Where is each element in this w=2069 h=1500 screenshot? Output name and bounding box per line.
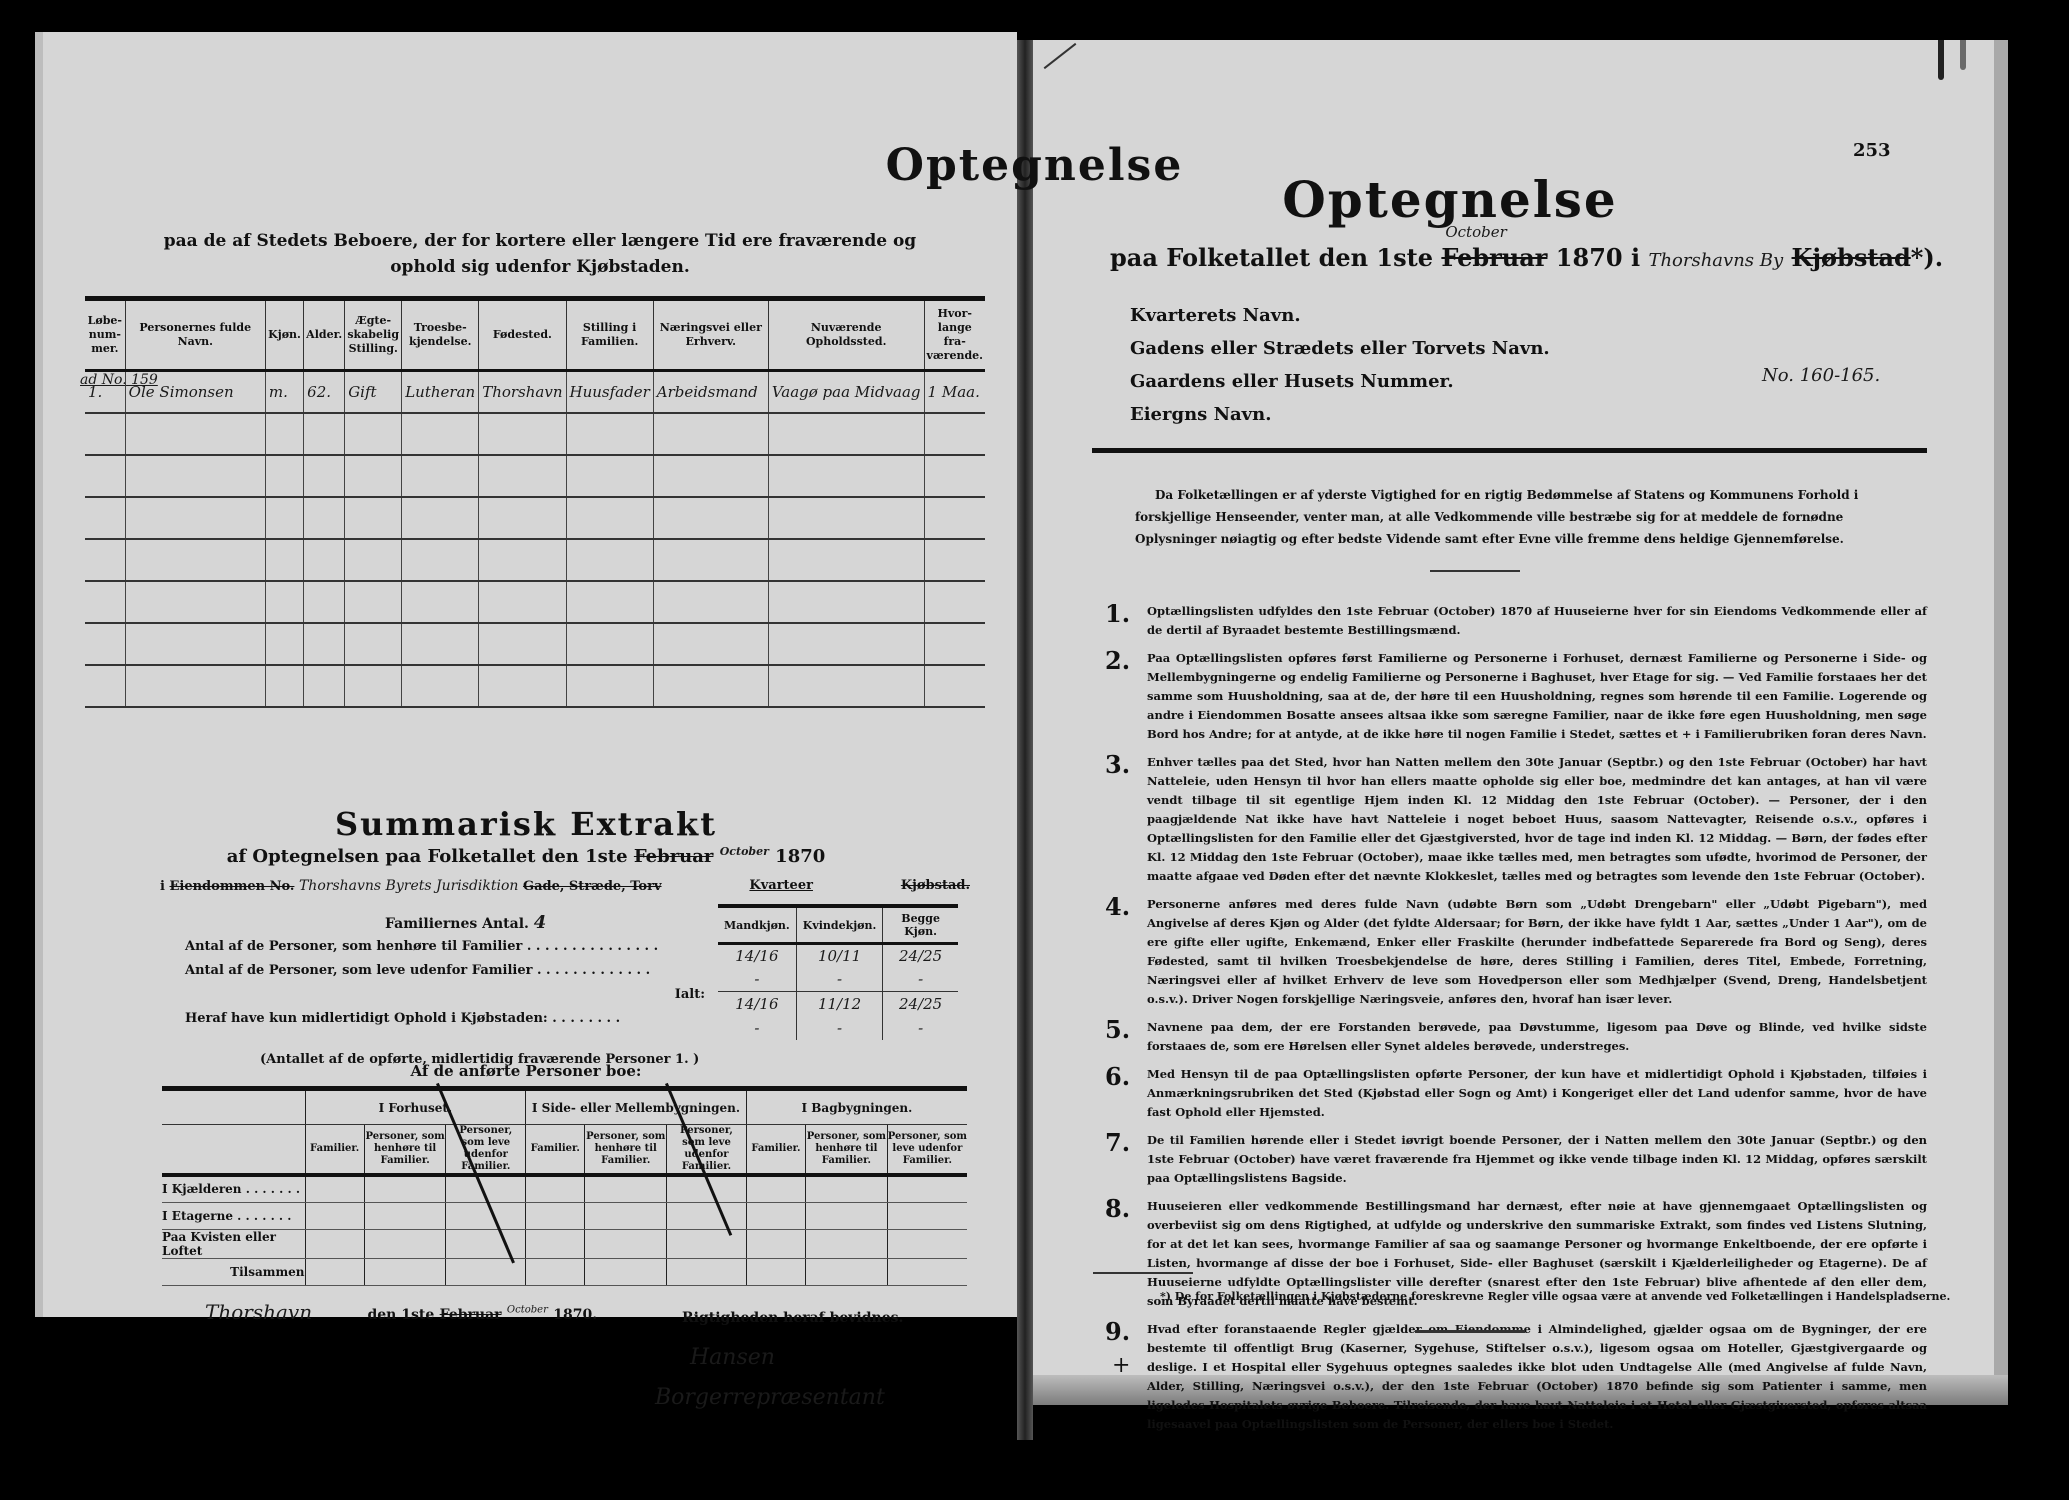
register-cell <box>265 623 303 665</box>
tally-row: 14/16 10/11 24/25 <box>718 944 958 968</box>
date-prefix: den 1ste <box>367 1307 434 1323</box>
field-eier: Eiergns Navn. <box>1130 404 1550 437</box>
extract-subtitle-prefix: af Optegnelsen paa Folketallet den 1ste <box>227 846 628 867</box>
instruction-text: Navnene paa dem, der ere Forstanden berø… <box>1147 1018 1927 1056</box>
divider-rule <box>1092 448 1927 453</box>
register-cell <box>566 413 653 455</box>
register-cell <box>125 581 265 623</box>
register-cell <box>85 455 125 497</box>
register-cell <box>768 413 924 455</box>
subtitle-suffix: *). <box>1911 243 1943 272</box>
dwelling-cell <box>585 1175 667 1202</box>
location-prefix: i <box>160 879 165 894</box>
register-cell <box>924 497 985 539</box>
col-header: Stilling i Familien. <box>566 299 653 371</box>
struck-gade: Gade, Stræde, Torv <box>523 879 662 894</box>
instruction-text: Optællingslisten udfyldes den 1ste Febru… <box>1147 602 1927 640</box>
register-cell <box>402 539 479 581</box>
dwelling-cell <box>446 1202 526 1229</box>
dwelling-row-label: Tilsammen <box>162 1258 305 1285</box>
group-header: I Side- eller Mellembygningen. <box>526 1089 747 1125</box>
tally-label: Antal af de Personer, som leve udenfor F… <box>185 959 705 983</box>
col-header: Løbe-num-mer. <box>85 299 125 371</box>
register-cell <box>265 497 303 539</box>
register-cell <box>265 455 303 497</box>
struck-month: Februar <box>440 1307 502 1323</box>
col-header: Troesbe-kjendelse. <box>402 299 479 371</box>
sub-header: Personer, som henhøre til Familier. <box>585 1125 667 1176</box>
register-cell <box>653 539 768 581</box>
register-cell <box>304 665 345 707</box>
col-header: Næringsvei eller Erhverv. <box>653 299 768 371</box>
dwelling-cell <box>585 1229 667 1258</box>
register-cell <box>402 413 479 455</box>
register-cell <box>125 413 265 455</box>
tally-cell: 10/11 <box>796 944 883 968</box>
col-header: Ægte-skabelig Stilling. <box>345 299 402 371</box>
extract-year: 1870 <box>775 846 825 867</box>
right-title: Optegnelse <box>1240 170 1660 229</box>
instruction-item: 7.De til Familien hørende eller i Stedet… <box>1105 1131 1927 1188</box>
sub-header: Personer, som leve udenfor Familier. <box>887 1125 967 1176</box>
dwelling-cell <box>746 1175 805 1202</box>
register-cell <box>304 623 345 665</box>
register-cell <box>653 497 768 539</box>
register-cell <box>479 413 566 455</box>
register-cell: Huusfader <box>566 371 653 413</box>
handwritten-location: Thorshavns Byrets Jurisdiktion <box>299 878 518 894</box>
register-cell <box>566 623 653 665</box>
sub-header: Personer, som henhøre til Familier. <box>364 1125 446 1176</box>
dwelling-cell <box>305 1258 364 1285</box>
field-gade: Gadens eller Strædets eller Torvets Navn… <box>1130 338 1550 371</box>
book-spine <box>1017 40 1033 1440</box>
register-row: 1.Ole Simonsenm.62.GiftLutheranThorshavn… <box>85 371 985 413</box>
register-cell <box>768 581 924 623</box>
dwelling-cell <box>667 1202 747 1229</box>
inserted-month: October <box>507 1304 548 1315</box>
short-divider <box>1430 570 1520 572</box>
register-cell <box>304 413 345 455</box>
register-cell: 1. <box>85 371 125 413</box>
register-cell <box>345 497 402 539</box>
footnote-divider <box>1093 1272 1193 1274</box>
register-cell <box>402 665 479 707</box>
col-header: Fødested. <box>479 299 566 371</box>
tally-cell: - <box>796 968 883 992</box>
margin-cross-mark: + <box>1112 1353 1130 1378</box>
page-number: 253 <box>1853 140 1891 161</box>
instruction-text: Enhver tælles paa det Sted, hvor han Nat… <box>1147 753 1927 886</box>
dwelling-cell <box>887 1202 967 1229</box>
dwelling-row: I Kjælderen . . . . . . . <box>162 1175 967 1202</box>
register-cell <box>125 497 265 539</box>
register-cell <box>125 455 265 497</box>
instruction-text: Personerne anføres med deres fulde Navn … <box>1147 895 1927 1009</box>
dwelling-cell <box>526 1229 585 1258</box>
register-row <box>85 539 985 581</box>
register-cell <box>768 665 924 707</box>
dwelling-cell <box>887 1229 967 1258</box>
tally-cell: - <box>883 968 958 992</box>
sub-header: Familier. <box>526 1125 585 1176</box>
signature-name: Hansen <box>690 1345 775 1370</box>
register-cell <box>304 539 345 581</box>
group-header: I Bagbygningen. <box>746 1089 967 1125</box>
register-cell <box>402 497 479 539</box>
dwelling-cell <box>887 1258 967 1285</box>
tally-label: Ialt: <box>185 983 705 1007</box>
register-cell <box>653 413 768 455</box>
dwelling-cell <box>746 1258 805 1285</box>
register-cell <box>85 665 125 707</box>
register-row <box>85 455 985 497</box>
instruction-item: 4.Personerne anføres med deres fulde Nav… <box>1105 895 1927 1009</box>
struck-kjobstad: Kjøbstad <box>1792 243 1911 272</box>
register-header-row: Løbe-num-mer. Personernes fulde Navn. Kj… <box>85 299 985 371</box>
register-cell <box>345 623 402 665</box>
register-cell <box>924 455 985 497</box>
register-cell <box>265 581 303 623</box>
signature-title: Borgerrepræsentant <box>655 1385 885 1410</box>
instructions-list: 1.Optællingslisten udfyldes den 1ste Feb… <box>1105 602 1927 1443</box>
struck-month: Februar <box>634 846 714 867</box>
dwelling-cell <box>305 1175 364 1202</box>
col-header: Hvor-lange fra-værende. <box>924 299 985 371</box>
dwelling-cell <box>806 1258 888 1285</box>
left-title: Optegnelse <box>0 140 2069 191</box>
dwelling-cell <box>746 1229 805 1258</box>
group-header: I Forhuset. <box>305 1089 526 1125</box>
dwelling-row: Paa Kvisten eller Loftet <box>162 1229 967 1258</box>
persons-heading: Af de anførte Personer boe: <box>35 1062 1017 1080</box>
place-handwritten: Thorshavn <box>205 1300 312 1324</box>
instruction-number: 8. <box>1105 1197 1147 1311</box>
families-label: Familiernes Antal. <box>385 916 529 932</box>
instruction-number: 7. <box>1105 1131 1147 1188</box>
register-cell <box>479 665 566 707</box>
field-kvarter: Kvarterets Navn. <box>1130 305 1550 338</box>
register-cell <box>768 497 924 539</box>
sub-header: Personer, som leve udenfor Familier. <box>667 1125 747 1176</box>
instruction-number: 4. <box>1105 895 1147 1009</box>
register-cell <box>85 539 125 581</box>
field-husnummer: Gaardens eller Husets Nummer. <box>1130 371 1550 404</box>
register-cell <box>265 413 303 455</box>
sub-header: Familier. <box>305 1125 364 1176</box>
register-cell <box>479 539 566 581</box>
dwelling-cell <box>526 1258 585 1285</box>
tally-labels: Antal af de Personer, som henhøre til Fa… <box>185 935 705 1031</box>
dwelling-cell <box>667 1258 747 1285</box>
instruction-number: 1. <box>1105 602 1147 640</box>
instruction-item: 3.Enhver tælles paa det Sted, hvor han N… <box>1105 753 1927 886</box>
register-cell <box>768 623 924 665</box>
instruction-item: 2.Paa Optællingslisten opføres først Fam… <box>1105 649 1927 744</box>
dwelling-cell <box>887 1175 967 1202</box>
tally-cell: - <box>883 1016 958 1040</box>
register-row <box>85 497 985 539</box>
dwelling-cell <box>806 1175 888 1202</box>
tally-header: Begge Kjøn. <box>883 906 958 944</box>
register-cell: Lutheran <box>402 371 479 413</box>
dwelling-row-label: I Etagerne . . . . . . . <box>162 1202 305 1229</box>
tally-row-total: 14/16 11/12 24/25 <box>718 992 958 1016</box>
dwelling-cell <box>585 1202 667 1229</box>
dwelling-cell <box>585 1258 667 1285</box>
register-cell: Arbeidsmand <box>653 371 768 413</box>
register-cell: m. <box>265 371 303 413</box>
tally-header: Mandkjøn. <box>718 906 796 944</box>
dwelling-row: I Etagerne . . . . . . . <box>162 1202 967 1229</box>
dwelling-cell <box>746 1202 805 1229</box>
register-cell <box>85 497 125 539</box>
tally-cell: 14/16 <box>718 944 796 968</box>
extract-location-line: i Eiendommen No. Thorshavns Byrets Juris… <box>160 878 1000 894</box>
tab-mark <box>1960 40 1966 70</box>
register-cell <box>85 623 125 665</box>
tally-cell: 14/16 <box>718 992 796 1016</box>
register-row <box>85 665 985 707</box>
instruction-number: 6. <box>1105 1065 1147 1122</box>
tally-cell: 11/12 <box>796 992 883 1016</box>
dwelling-corner <box>162 1089 305 1125</box>
certification-text: Rigtigheden heraf bevidnes. <box>682 1310 903 1326</box>
col-header: Alder. <box>304 299 345 371</box>
tally-cell: - <box>718 968 796 992</box>
register-cell <box>265 539 303 581</box>
dwelling-cell <box>806 1202 888 1229</box>
register-cell: Gift <box>345 371 402 413</box>
dwelling-cell <box>446 1229 526 1258</box>
tally-cell: 24/25 <box>883 992 958 1016</box>
register-cell <box>345 581 402 623</box>
dwelling-cell <box>526 1202 585 1229</box>
kvarteer-label: Kvarteer <box>749 878 813 894</box>
register-cell <box>768 539 924 581</box>
footnote: *) De for Folketællingen i Kjøbstæderne … <box>1160 1290 1950 1303</box>
register-cell <box>566 455 653 497</box>
register-cell <box>304 455 345 497</box>
register-cell <box>479 455 566 497</box>
struck-month: Februar <box>1441 243 1547 272</box>
register-cell <box>479 497 566 539</box>
register-cell <box>479 581 566 623</box>
struck-eiendom: Eiendommen No. <box>169 879 294 894</box>
register-cell <box>402 455 479 497</box>
col-header: Kjøn. <box>265 299 303 371</box>
place-date-line: Thorshavn den 1ste Februar October 1870. <box>205 1300 597 1324</box>
tally-header: Kvindekjøn. <box>796 906 883 944</box>
register-cell <box>924 581 985 623</box>
register-cell <box>566 581 653 623</box>
handwritten-town: Thorshavns By <box>1648 250 1783 271</box>
register-table: Løbe-num-mer. Personernes fulde Navn. Kj… <box>85 296 985 708</box>
register-cell <box>345 455 402 497</box>
register-row <box>85 413 985 455</box>
register-cell <box>402 581 479 623</box>
register-cell <box>566 665 653 707</box>
instruction-text: Paa Optællingslisten opføres først Famil… <box>1147 649 1927 744</box>
register-cell <box>345 539 402 581</box>
register-cell <box>304 497 345 539</box>
instruction-item: 5.Navnene paa dem, der ere Forstanden be… <box>1105 1018 1927 1056</box>
register-cell <box>85 413 125 455</box>
register-cell: Ole Simonsen <box>125 371 265 413</box>
left-subtitle: paa de af Stedets Beboere, der for korte… <box>130 228 950 280</box>
register-cell <box>653 665 768 707</box>
tally-label: Antal af de Personer, som henhøre til Fa… <box>185 935 705 959</box>
instruction-item: 9.Hvad efter foranstaaende Regler gjælde… <box>1105 1320 1927 1434</box>
tally-row: - - - <box>718 1016 958 1040</box>
register-cell <box>125 623 265 665</box>
instruction-text: Med Hensyn til de paa Optællingslisten o… <box>1147 1065 1927 1122</box>
tally-cell: - <box>718 1016 796 1040</box>
register-row <box>85 581 985 623</box>
tally-label: Heraf have kun midlertidigt Ophold i Kjø… <box>185 1007 705 1031</box>
instruction-text: Hvad efter foranstaaende Regler gjælder … <box>1147 1320 1927 1434</box>
register-cell <box>125 665 265 707</box>
register-cell <box>402 623 479 665</box>
tally-cell: 24/25 <box>883 944 958 968</box>
dwelling-row-label: I Kjælderen . . . . . . . <box>162 1175 305 1202</box>
right-subtitle: paa Folketallet den 1ste Februar October… <box>1110 243 1943 272</box>
sub-header: Personer, som henhøre til Familier. <box>806 1125 888 1176</box>
subtitle-year: 1870 i <box>1556 243 1640 272</box>
end-divider <box>1415 1330 1525 1333</box>
instruction-number: 3. <box>1105 753 1147 886</box>
register-cell <box>345 665 402 707</box>
extract-subtitle: af Optegnelsen paa Folketallet den 1ste … <box>35 845 1017 867</box>
col-header: Personernes fulde Navn. <box>125 299 265 371</box>
instruction-item: 6.Med Hensyn til de paa Optællingslisten… <box>1105 1065 1927 1122</box>
register-cell <box>653 581 768 623</box>
register-cell: 62. <box>304 371 345 413</box>
inserted-month: October <box>720 845 769 858</box>
dwelling-cell <box>364 1175 446 1202</box>
register-cell <box>924 539 985 581</box>
instruction-text: De til Familien hørende eller i Stedet i… <box>1147 1131 1927 1188</box>
instruction-number: 2. <box>1105 649 1147 744</box>
tally-cell: - <box>796 1016 883 1040</box>
register-cell <box>653 455 768 497</box>
register-cell: Thorshavn <box>479 371 566 413</box>
footer-year: 1870. <box>553 1307 597 1323</box>
register-cell <box>566 539 653 581</box>
tally-row: - - - <box>718 968 958 992</box>
register-cell <box>566 497 653 539</box>
sub-header: Familier. <box>746 1125 805 1176</box>
register-cell <box>924 665 985 707</box>
register-cell <box>653 623 768 665</box>
families-count: Familiernes Antal. 4 <box>385 912 546 933</box>
address-fields: Kvarterets Navn. Gadens eller Strædets e… <box>1130 305 1550 437</box>
intro-paragraph: Da Folketællingen er af yderste Vigtighe… <box>1135 484 1925 550</box>
register-row <box>85 623 985 665</box>
house-number-handwritten: No. 160-165. <box>1762 365 1880 386</box>
register-cell <box>768 455 924 497</box>
dwelling-cell <box>667 1229 747 1258</box>
dwelling-table: I Forhuset. I Side- eller Mellembygninge… <box>162 1086 967 1286</box>
dwelling-cell <box>305 1202 364 1229</box>
tally-table: Mandkjøn. Kvindekjøn. Begge Kjøn. 14/16 … <box>718 904 958 1040</box>
inserted-month: October <box>1445 223 1506 241</box>
dwelling-row-label: Paa Kvisten eller Loftet <box>162 1229 305 1258</box>
dwelling-cell <box>364 1202 446 1229</box>
subtitle-prefix: paa Folketallet den 1ste <box>1110 243 1433 272</box>
dwelling-cell <box>526 1175 585 1202</box>
register-cell <box>304 581 345 623</box>
register-cell <box>265 665 303 707</box>
register-cell <box>85 581 125 623</box>
dwelling-row: Tilsammen <box>162 1258 967 1285</box>
dwelling-cell <box>364 1229 446 1258</box>
register-cell <box>125 539 265 581</box>
register-cell <box>924 623 985 665</box>
register-cell: 1 Maa. <box>924 371 985 413</box>
instruction-item: 1.Optællingslisten udfyldes den 1ste Feb… <box>1105 602 1927 640</box>
register-cell <box>479 623 566 665</box>
instruction-number: 5. <box>1105 1018 1147 1056</box>
families-value: 4 <box>534 912 547 933</box>
register-cell: Vaagø paa Midvaag <box>768 371 924 413</box>
dwelling-cell <box>305 1229 364 1258</box>
kjobstad-label: Kjøbstad. <box>901 878 970 894</box>
col-header: Nuværende Opholdssted. <box>768 299 924 371</box>
dwelling-cell <box>806 1229 888 1258</box>
register-cell <box>924 413 985 455</box>
register-cell <box>345 413 402 455</box>
tab-mark <box>1938 40 1944 80</box>
extract-title: Summarisk Extrakt <box>35 805 1017 843</box>
dwelling-cell <box>364 1258 446 1285</box>
